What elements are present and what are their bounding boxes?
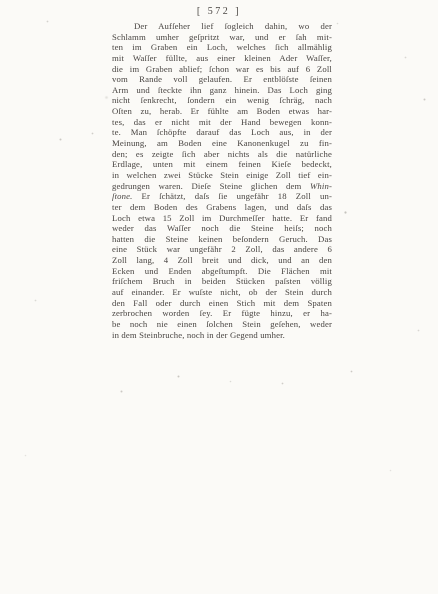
text-line: Oſten zu, herab. Er fühlte am Boden etwa…: [112, 106, 332, 117]
text-line: eine Stück war ungefähr 2 Zoll, das ande…: [112, 244, 332, 255]
text-segment: ter dem Boden des Grabens lagen, und daſ…: [112, 202, 332, 212]
body-paragraph: Der Aufſeher lief ſogleich dahin, wo der…: [112, 21, 332, 340]
text-line: te. Man ſchöpfte darauf das Loch aus, in…: [112, 127, 332, 138]
text-line: Ecken und Enden abgeſtumpft. Die Flächen…: [112, 266, 332, 277]
text-segment: Zoll lang, 4 Zoll breit und dick, und an…: [112, 255, 332, 265]
text-segment: Oſten zu, herab. Er fühlte am Boden etwa…: [112, 106, 332, 116]
text-segment: Er ſchätzt, daſs ſie ungefähr 18 Zoll un…: [132, 191, 332, 201]
text-segment: te. Man ſchöpfte darauf das Loch aus, in…: [112, 127, 332, 137]
text-segment: gedrungen waren. Dieſe Steine glichen de…: [112, 181, 310, 191]
paper-specks: [0, 0, 1, 1]
text-line: Loch etwa 15 Zoll im Durchmeſſer hatte. …: [112, 213, 332, 224]
text-line: ten im Graben ein Loch, welches ſich all…: [112, 42, 332, 53]
italic-text-segment: Whin-: [310, 181, 332, 191]
text-line: den; es zeigte ſich aber nichts als die …: [112, 149, 332, 160]
text-line: Schlamm umher geſpritzt war, und er ſah …: [112, 32, 332, 43]
text-line: Meinung, am Boden eine Kanonenkugel zu f…: [112, 138, 332, 149]
text-segment: tes, das er nicht mit der Hand bewegen k…: [112, 117, 332, 127]
text-segment: friſchem Bruch in beiden Stücken paſsten…: [112, 276, 332, 286]
text-line: tes, das er nicht mit der Hand bewegen k…: [112, 117, 332, 128]
text-line: in welchen zwei Stücke Stein einige Zoll…: [112, 170, 332, 181]
text-segment: zerbrochen worden ſey. Er fügte hinzu, e…: [112, 308, 332, 318]
text-segment: weder das Waſſer noch die Steine heiſs; …: [112, 223, 332, 233]
text-line: Arm und ſteckte ihn ganz hinein. Das Loc…: [112, 85, 332, 96]
text-line: ſtone. Er ſchätzt, daſs ſie ungefähr 18 …: [112, 191, 332, 202]
text-segment: vom Rande voll gelaufen. Er entblöſste ſ…: [112, 74, 332, 84]
text-segment: eine Stück war ungefähr 2 Zoll, das ande…: [112, 244, 332, 254]
text-segment: Meinung, am Boden eine Kanonenkugel zu f…: [112, 138, 332, 148]
text-segment: Schlamm umher geſpritzt war, und er ſah …: [112, 32, 332, 42]
text-segment: in welchen zwei Stücke Stein einige Zoll…: [112, 170, 332, 180]
text-line: auf einander. Er wuſste nicht, ob der St…: [112, 287, 332, 298]
text-line: in dem Steinbruche, noch in der Gegend u…: [112, 330, 332, 341]
text-line: die im Graben ablief; ſchon war es bis a…: [112, 64, 332, 75]
text-line: vom Rande voll gelaufen. Er entblöſste ſ…: [112, 74, 332, 85]
text-segment: Der Aufſeher lief ſogleich dahin, wo der: [134, 21, 332, 31]
text-segment: mit Waſſer füllte, aus einer kleinen Ade…: [112, 53, 332, 63]
book-page: [ 572 ] Der Aufſeher lief ſogleich dahin…: [0, 0, 438, 594]
text-segment: auf einander. Er wuſste nicht, ob der St…: [112, 287, 332, 297]
text-line: friſchem Bruch in beiden Stücken paſsten…: [112, 276, 332, 287]
text-segment: hatten die Steine keinen beſondern Geruc…: [112, 234, 332, 244]
text-segment: Loch etwa 15 Zoll im Durchmeſſer hatte. …: [112, 213, 332, 223]
text-segment: Arm und ſteckte ihn ganz hinein. Das Loc…: [112, 85, 332, 95]
text-segment: die im Graben ablief; ſchon war es bis a…: [112, 64, 332, 74]
text-line: ter dem Boden des Grabens lagen, und daſ…: [112, 202, 332, 213]
text-segment: Ecken und Enden abgeſtumpft. Die Flächen…: [112, 266, 332, 276]
text-line: zerbrochen worden ſey. Er fügte hinzu, e…: [112, 308, 332, 319]
page-number: [ 572 ]: [197, 6, 241, 17]
text-line: hatten die Steine keinen beſondern Geruc…: [112, 234, 332, 245]
text-line: weder das Waſſer noch die Steine heiſs; …: [112, 223, 332, 234]
text-line: Erdlage, unten mit einem feinen Kieſe be…: [112, 159, 332, 170]
text-segment: den; es zeigte ſich aber nichts als die …: [112, 149, 332, 159]
text-line: den Fall oder durch einen Stich mit dem …: [112, 298, 332, 309]
text-line: gedrungen waren. Dieſe Steine glichen de…: [112, 181, 332, 192]
text-line: mit Waſſer füllte, aus einer kleinen Ade…: [112, 53, 332, 64]
italic-text-segment: ſtone.: [112, 191, 132, 201]
text-segment: Erdlage, unten mit einem feinen Kieſe be…: [112, 159, 332, 169]
text-segment: nicht ſenkrecht, ſondern ein wenig ſchrä…: [112, 95, 332, 105]
text-line: be noch nie einen ſolchen Stein geſehen,…: [112, 319, 332, 330]
text-segment: in dem Steinbruche, noch in der Gegend u…: [112, 330, 285, 340]
text-line: Zoll lang, 4 Zoll breit und dick, und an…: [112, 255, 332, 266]
text-segment: be noch nie einen ſolchen Stein geſehen,…: [112, 319, 332, 329]
text-line: Der Aufſeher lief ſogleich dahin, wo der: [112, 21, 332, 32]
text-line: nicht ſenkrecht, ſondern ein wenig ſchrä…: [112, 95, 332, 106]
text-segment: den Fall oder durch einen Stich mit dem …: [112, 298, 332, 308]
page-header: [ 572 ]: [0, 6, 438, 17]
text-segment: ten im Graben ein Loch, welches ſich all…: [112, 42, 332, 52]
